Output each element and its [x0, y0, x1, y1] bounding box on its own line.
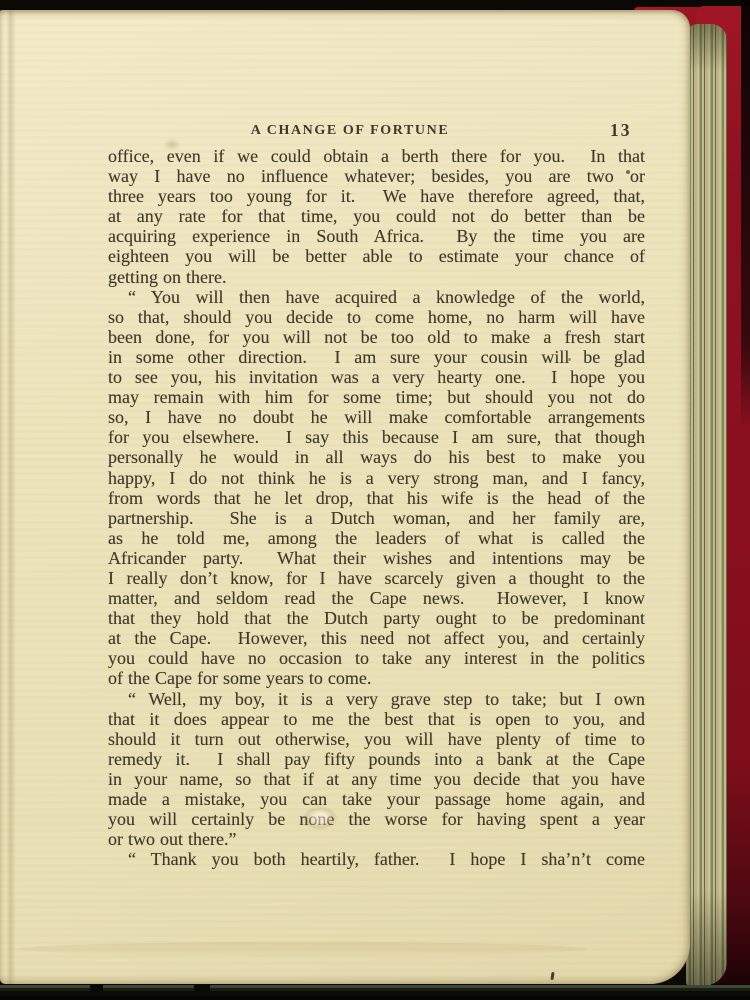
text-line: eighteen you will be better able to esti… — [108, 246, 645, 266]
page-number: 13 — [610, 120, 632, 141]
running-header: A CHANGE OF FORTUNE — [251, 123, 450, 139]
text-line: acquiring experience in South Africa. By… — [108, 226, 645, 246]
text-line: personally he would in all ways do his b… — [108, 447, 645, 467]
text-line: you could have no occasion to take any i… — [108, 648, 645, 668]
text-line: “ Well, my boy, it is a very grave step … — [108, 689, 645, 709]
text-line: may remain with him for some time; but s… — [108, 387, 645, 407]
edge-notch — [194, 985, 210, 991]
text-line: you will certainly be none the worse for… — [108, 809, 645, 829]
ink-speck — [550, 972, 554, 980]
text-line: getting on there. — [108, 267, 645, 287]
cover-shadow — [741, 0, 750, 430]
edge-notch — [90, 985, 103, 991]
text-line: as he told me, among the leaders of what… — [108, 528, 645, 548]
paper-smudge — [163, 138, 181, 151]
book-bottom-edge — [0, 985, 750, 1000]
text-line: office, even if we could obtain a berth … — [108, 146, 645, 166]
text-line: “ You will then have acquired a knowledg… — [108, 287, 645, 307]
text-line: that it does appear to me the best that … — [108, 709, 645, 729]
text-line: from words that he let drop, that his wi… — [108, 488, 645, 508]
text-line: partnership. She is a Dutch woman, and h… — [108, 508, 645, 528]
text-line: made a mistake, you can take your passag… — [108, 789, 645, 809]
book-page: A CHANGE OF FORTUNE 13 office, even if w… — [0, 10, 690, 984]
text-line: that they hold that the Dutch party ough… — [108, 608, 645, 628]
page-edge-stack — [686, 24, 727, 986]
ink-speck — [626, 170, 630, 174]
text-line: happy, I do not think he is a very stron… — [108, 468, 645, 488]
text-line: I really don’t know, for I have scarcely… — [108, 568, 645, 588]
ink-speck — [568, 358, 571, 361]
text-line: should it turn out otherwise, you will h… — [108, 729, 645, 749]
text-line: been done, for you will not be too old t… — [108, 327, 645, 347]
text-line: matter, and seldom read the Cape news. H… — [108, 588, 645, 608]
text-line: to see you, his invitation was a very he… — [108, 367, 645, 387]
text-line: so, I have no doubt he will make comfort… — [108, 407, 645, 427]
paper-shading — [18, 942, 588, 956]
text-line: at any rate for that time, you could not… — [108, 206, 645, 226]
text-line: of the Cape for some years to come. — [108, 668, 645, 688]
text-line: in some other direction. I am sure your … — [108, 347, 645, 367]
text-line: way I have no influence whatever; beside… — [108, 166, 645, 186]
text-line: remedy it. I shall pay fifty pounds into… — [108, 749, 645, 769]
text-line: so that, should you decide to come home,… — [108, 307, 645, 327]
book-scan: A CHANGE OF FORTUNE 13 office, even if w… — [0, 0, 750, 1000]
text-line: in your name, so that if at any time you… — [108, 769, 645, 789]
text-line: “ Thank you both heartily, father. I hop… — [108, 849, 645, 869]
text-line: or two out there.” — [108, 829, 645, 849]
text-line: at the Cape. However, this need not affe… — [108, 628, 645, 648]
text-line: for you elsewhere. I say this because I … — [108, 427, 645, 447]
paper-smudge — [303, 806, 337, 830]
body-text: office, even if we could obtain a berth … — [108, 146, 645, 869]
text-line: three years too young for it. We have th… — [108, 186, 645, 206]
text-line: Africander party. What their wishes and … — [108, 548, 645, 568]
page-gutter-crease — [6, 10, 16, 984]
